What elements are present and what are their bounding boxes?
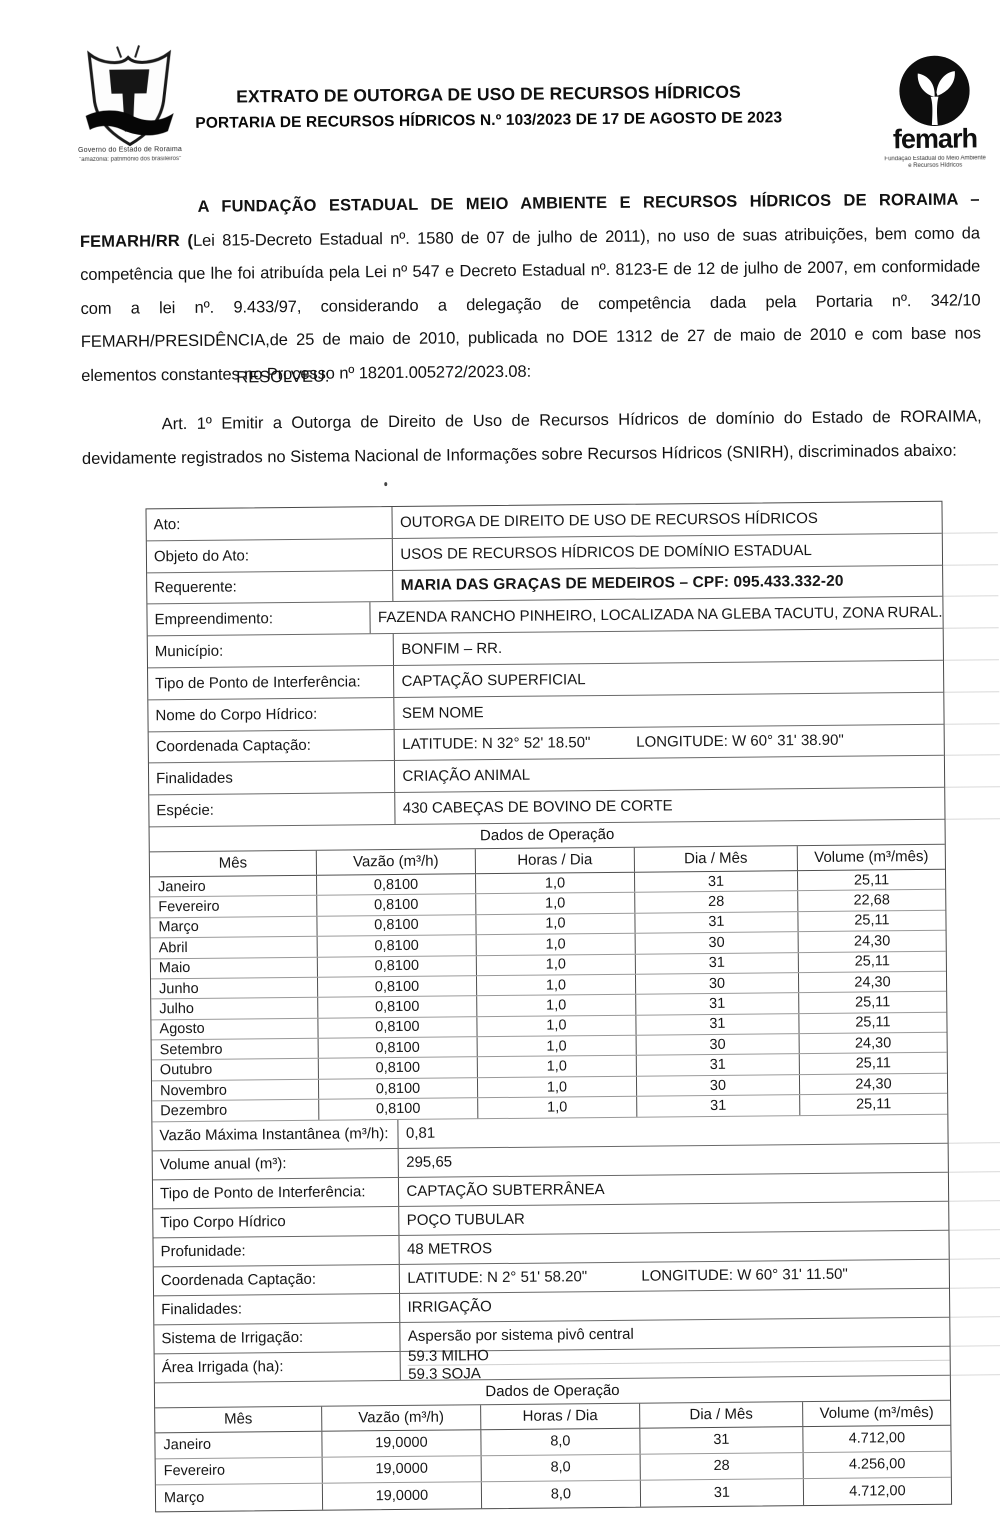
field-label: Área Irrigada (ha): bbox=[155, 1352, 402, 1382]
column-header-days: Dia / Mês bbox=[635, 846, 798, 872]
field-label: Requerente: bbox=[147, 571, 394, 604]
value-cell: 31 bbox=[637, 1055, 800, 1076]
field-value: CAPTAÇÃO SUPERFICIAL bbox=[394, 661, 943, 697]
field-label: Espécie: bbox=[149, 793, 396, 826]
value-cell: 25,11 bbox=[798, 910, 945, 931]
value-cell: 1,0 bbox=[477, 934, 636, 955]
month-cell: Agosto bbox=[151, 1018, 318, 1039]
field-label: Tipo de Ponto de Interferência: bbox=[153, 1178, 400, 1208]
value-cell: 25,11 bbox=[799, 951, 946, 972]
field-label: Objeto do Ato: bbox=[147, 539, 394, 572]
value-cell: 1,0 bbox=[477, 954, 636, 975]
column-header-month: Mês bbox=[155, 1406, 322, 1432]
operation-rows-2: Janeiro19,00008,0314.712,00Fevereiro19,0… bbox=[155, 1425, 951, 1511]
field-value: FAZENDA RANCHO PINHEIRO, LOCALIZADA NA G… bbox=[371, 597, 943, 633]
value-cell: 25,11 bbox=[799, 992, 946, 1013]
value-cell: 19,0000 bbox=[322, 1430, 481, 1457]
field-value: 0,81 bbox=[399, 1114, 948, 1147]
value-cell: 0,8100 bbox=[319, 1098, 478, 1119]
field-value: 59.3 MILHO 59.3 SOJA bbox=[401, 1346, 950, 1379]
field-value: OUTORGA DE DIREITO DE USO DE RECURSOS HÍ… bbox=[393, 502, 942, 538]
field-label: Coordenada Captação: bbox=[154, 1265, 401, 1295]
value-cell: 8,0 bbox=[481, 1428, 640, 1455]
month-cell: Fevereiro bbox=[150, 896, 317, 917]
field-value: LATITUDE: N 2° 51' 58.20" LONGITUDE: W 6… bbox=[400, 1259, 949, 1292]
value-cell: 31 bbox=[641, 1479, 804, 1507]
value-cell: 4.712,00 bbox=[804, 1477, 951, 1504]
value-cell: 25,11 bbox=[800, 1053, 947, 1074]
column-header-flow: Vazão (m³/h) bbox=[322, 1405, 481, 1431]
column-header-flow: Vazão (m³/h) bbox=[317, 849, 476, 875]
value-cell: 1,0 bbox=[478, 1097, 637, 1118]
value-cell: 30 bbox=[637, 1034, 800, 1055]
value-cell: 0,8100 bbox=[318, 935, 477, 956]
month-cell: Julho bbox=[151, 998, 318, 1019]
field-value: MARIA DAS GRAÇAS DE MEDEIROS – CPF: 095.… bbox=[394, 565, 943, 601]
value-cell: 28 bbox=[635, 892, 798, 913]
value-cell: 30 bbox=[636, 973, 799, 994]
value-cell: 1,0 bbox=[476, 893, 635, 914]
value-cell: 24,30 bbox=[799, 972, 946, 993]
longitude-value: LONGITUDE: W 60° 31' 38.90" bbox=[636, 732, 844, 751]
value-cell: 1,0 bbox=[476, 913, 635, 934]
grant-details-table: Ato: OUTORGA DE DIREITO DE USO DE RECURS… bbox=[145, 501, 952, 1512]
left-logo-caption: Governo do Estado de Roraima bbox=[42, 146, 218, 155]
preamble-paragraph: A FUNDAÇÃO ESTADUAL DE MEIO AMBIENTE E R… bbox=[79, 183, 981, 393]
value-cell: 24,30 bbox=[799, 1033, 946, 1054]
longitude-value: LONGITUDE: W 60° 31' 11.50" bbox=[641, 1266, 848, 1285]
value-cell: 31 bbox=[636, 953, 799, 974]
column-header-hours: Horas / Dia bbox=[481, 1403, 640, 1429]
value-cell: 31 bbox=[637, 1095, 800, 1116]
month-cell: Janeiro bbox=[150, 876, 317, 897]
value-cell: 1,0 bbox=[478, 1056, 637, 1077]
value-cell: 0,8100 bbox=[318, 956, 477, 977]
field-label: Empreendimento: bbox=[147, 603, 371, 636]
value-cell: 0,8100 bbox=[319, 1037, 478, 1058]
month-cell: Outubro bbox=[152, 1059, 319, 1080]
femarh-tagline-line2: e Recursos Hídricos bbox=[908, 163, 962, 170]
field-label: Tipo de Ponto de Interferência: bbox=[148, 666, 395, 699]
value-cell: 24,30 bbox=[798, 931, 945, 952]
latitude-value: LATITUDE: N 2° 51' 58.20" bbox=[407, 1268, 641, 1287]
value-cell: 8,0 bbox=[482, 1480, 641, 1508]
value-cell: 1,0 bbox=[477, 975, 636, 996]
value-cell: 0,8100 bbox=[318, 1017, 477, 1038]
field-value: USOS DE RECURSOS HÍDRICOS DE DOMÍNIO EST… bbox=[393, 534, 942, 570]
value-cell: 31 bbox=[636, 1014, 799, 1035]
month-cell: Junho bbox=[151, 978, 318, 999]
value-cell: 1,0 bbox=[477, 995, 636, 1016]
field-value: POÇO TUBULAR bbox=[400, 1201, 949, 1234]
document-title: EXTRATO DE OUTORGA DE USO DE RECURSOS HÍ… bbox=[143, 81, 833, 109]
field-label: Vazão Máxima Instantânea (m³/h): bbox=[152, 1120, 399, 1150]
field-label: Profunidade: bbox=[153, 1236, 400, 1266]
value-cell: 25,11 bbox=[799, 1012, 946, 1033]
surface-capture-section: Ato: OUTORGA DE DIREITO DE USO DE RECURS… bbox=[146, 502, 944, 828]
femarh-wordmark: femarh bbox=[882, 123, 988, 155]
document-page: Governo do Estado de Roraima "amazônia: … bbox=[0, 0, 1000, 1538]
field-label: Tipo Corpo Hídrico bbox=[153, 1207, 400, 1237]
month-cell: Maio bbox=[151, 957, 318, 978]
value-cell: 31 bbox=[635, 871, 798, 892]
resolveu-heading: RESOLVEU: bbox=[236, 368, 329, 388]
value-cell: 28 bbox=[641, 1453, 804, 1480]
value-cell: 4.256,00 bbox=[803, 1451, 950, 1477]
month-cell: Abril bbox=[151, 937, 318, 958]
operation-rows-1: Janeiro0,81001,03125,11Fevereiro0,81001,… bbox=[150, 870, 947, 1122]
field-label: Finalidades: bbox=[154, 1294, 401, 1324]
field-label: Município: bbox=[148, 634, 395, 667]
column-header-hours: Horas / Dia bbox=[476, 848, 635, 874]
document-subtitle: PORTARIA DE RECURSOS HÍDRICOS N.º 103/20… bbox=[144, 109, 834, 134]
field-label: Ato: bbox=[146, 507, 393, 540]
preamble-body: Lei 815-Decreto Estadual nº. 1580 de 07 … bbox=[80, 224, 981, 385]
month-cell: Novembro bbox=[152, 1080, 319, 1101]
value-cell: 31 bbox=[640, 1427, 803, 1454]
value-cell: 0,8100 bbox=[318, 997, 477, 1018]
field-value: 430 CABEÇAS DE BOVINO DE CORTE bbox=[396, 788, 945, 824]
month-cell: Setembro bbox=[152, 1039, 319, 1060]
field-label: Sistema de Irrigação: bbox=[154, 1323, 401, 1353]
value-cell: 19,0000 bbox=[323, 1456, 482, 1483]
value-cell: 1,0 bbox=[476, 873, 635, 894]
value-cell: 8,0 bbox=[482, 1454, 641, 1481]
femarh-tagline: Fundação Estadual do Meio Ambiente e Rec… bbox=[882, 155, 988, 170]
femarh-logo-icon bbox=[895, 53, 974, 132]
left-logo-tagline: "amazônia: patrimônio dos brasileiros" bbox=[42, 156, 218, 164]
month-cell: Março bbox=[156, 1483, 323, 1511]
value-cell: 0,8100 bbox=[318, 976, 477, 997]
value-cell: 0,8100 bbox=[317, 895, 476, 916]
field-label: Nome do Corpo Hídrico: bbox=[148, 698, 395, 731]
field-value: BONFIM – RR. bbox=[394, 629, 943, 665]
value-cell: 19,0000 bbox=[323, 1482, 482, 1510]
month-cell: Janeiro bbox=[155, 1431, 322, 1458]
value-cell: 31 bbox=[635, 912, 798, 933]
value-cell: 0,8100 bbox=[317, 874, 476, 895]
field-value: CRIAÇÃO ANIMAL bbox=[395, 756, 944, 792]
article-1-paragraph: Art. 1º Emitir a Outorga de Direito de U… bbox=[82, 399, 983, 476]
value-cell: 0,8100 bbox=[319, 1078, 478, 1099]
value-cell: 0,8100 bbox=[319, 1058, 478, 1079]
value-cell: 25,11 bbox=[798, 870, 945, 891]
value-cell: 30 bbox=[636, 932, 799, 953]
column-header-days: Dia / Mês bbox=[640, 1402, 803, 1428]
field-value: IRRIGAÇÃO bbox=[400, 1288, 949, 1321]
month-cell: Março bbox=[150, 917, 317, 938]
femarh-tagline-line1: Fundação Estadual do Meio Ambiente bbox=[884, 155, 985, 162]
field-label: Finalidades bbox=[149, 761, 396, 794]
value-cell: 1,0 bbox=[477, 1015, 636, 1036]
value-cell: 4.712,00 bbox=[803, 1425, 950, 1451]
value-cell: 31 bbox=[636, 993, 799, 1014]
field-value: 48 METROS bbox=[400, 1230, 949, 1263]
value-cell: 25,11 bbox=[800, 1094, 947, 1115]
field-value: LATITUDE: N 32° 52' 18.50" LONGITUDE: W … bbox=[395, 724, 944, 760]
value-cell: 1,0 bbox=[478, 1077, 637, 1098]
field-value: SEM NOME bbox=[395, 693, 944, 729]
field-label: Volume anual (m³): bbox=[153, 1149, 400, 1179]
value-cell: 1,0 bbox=[478, 1036, 637, 1057]
value-cell: 30 bbox=[637, 1075, 800, 1096]
month-cell: Dezembro bbox=[152, 1100, 319, 1121]
document-header: EXTRATO DE OUTORGA DE USO DE RECURSOS HÍ… bbox=[143, 81, 833, 134]
field-label: Coordenada Captação: bbox=[149, 730, 396, 763]
latitude-value: LATITUDE: N 32° 52' 18.50" bbox=[402, 734, 636, 753]
column-header-volume: Volume (m³/mês) bbox=[803, 1400, 950, 1425]
field-value: 295,65 bbox=[399, 1143, 948, 1176]
underground-capture-section: Vazão Máxima Instantânea (m³/h): 0,81 Vo… bbox=[152, 1114, 949, 1383]
irrigated-area-row: Área Irrigada (ha): 59.3 MILHO 59.3 SOJA bbox=[155, 1346, 950, 1383]
value-cell: 22,68 bbox=[798, 890, 945, 911]
month-cell: Fevereiro bbox=[156, 1457, 323, 1484]
value-cell: 0,8100 bbox=[317, 915, 476, 936]
field-value: CAPTAÇÃO SUBTERRÂNEA bbox=[399, 1172, 948, 1205]
value-cell: 24,30 bbox=[800, 1074, 947, 1095]
column-header-month: Mês bbox=[150, 851, 317, 877]
scan-artifact-dot bbox=[384, 482, 387, 486]
column-header-volume: Volume (m³/mês) bbox=[798, 845, 945, 870]
